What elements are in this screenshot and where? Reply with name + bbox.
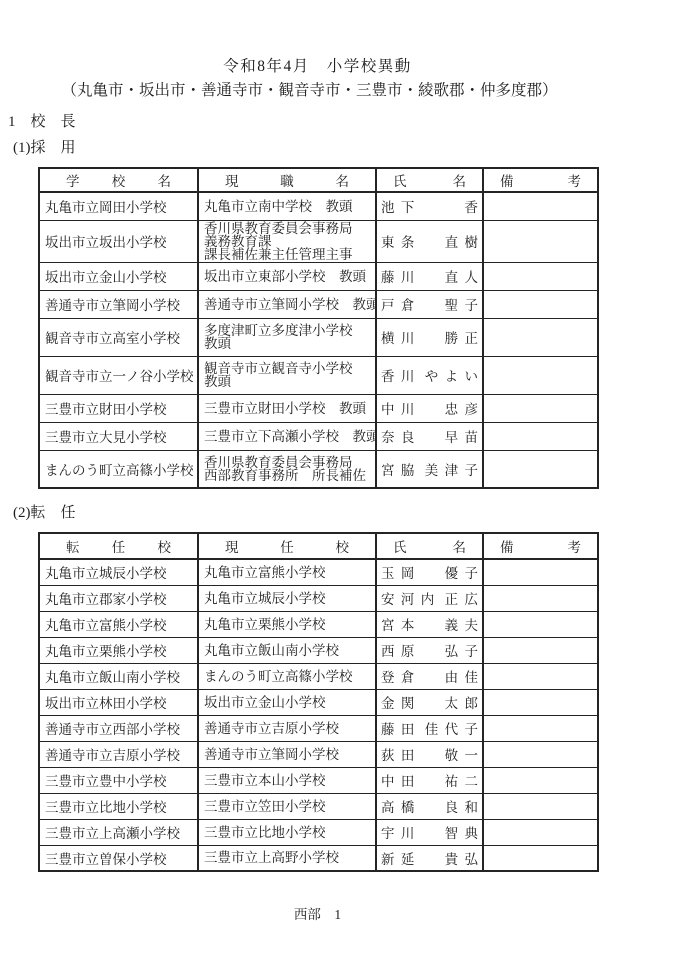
family-name: 宮 脇 xyxy=(381,459,414,479)
current-position-cell: 多度津町立多度津小学校教頭 xyxy=(198,318,376,356)
name-cell: 登 倉由 佳 xyxy=(376,663,483,689)
remarks-cell xyxy=(483,356,598,394)
remarks-cell xyxy=(483,689,598,715)
name-cell: 金 関太 郎 xyxy=(376,689,483,715)
family-name: 藤 川 xyxy=(381,266,414,286)
family-name: 横 川 xyxy=(381,327,414,347)
current-position-cell: 香川県教育委員会事務局西部教育事務所 所長補佐 xyxy=(198,450,376,488)
section-heading-principal: 1 校 長 xyxy=(8,113,680,132)
remarks-cell xyxy=(483,611,598,637)
table-row: 坂出市立坂出小学校香川県教育委員会事務局義務教育課課長補佐兼主任管理主事東 条直… xyxy=(39,220,598,262)
current-position-cell: 丸亀市立城辰小学校 xyxy=(198,585,376,611)
family-name: 登 倉 xyxy=(381,666,414,686)
current-position-cell: まんのう町立高篠小学校 xyxy=(198,663,376,689)
transfer-table: 転任校現任校氏名備考丸亀市立城辰小学校丸亀市立富熊小学校玉 岡優 子丸亀市立郡家… xyxy=(38,532,599,872)
school-name-cell: 坂出市立金山小学校 xyxy=(39,262,198,290)
remarks-cell xyxy=(483,394,598,422)
name-cell: 中 川忠 彦 xyxy=(376,394,483,422)
school-name-cell: 善通寺市立筆岡小学校 xyxy=(39,290,198,318)
current-position-cell: 三豊市立財田小学校 教頭 xyxy=(198,394,376,422)
current-position-cell: 善通寺市立筆岡小学校 xyxy=(198,741,376,767)
family-name: 藤 田 xyxy=(381,718,414,738)
school-name-cell: 三豊市立豊中小学校 xyxy=(39,767,198,793)
remarks-cell xyxy=(483,793,598,819)
table-row: 三豊市立財田小学校三豊市立財田小学校 教頭中 川忠 彦 xyxy=(39,394,598,422)
current-position-cell: 丸亀市立飯山南小学校 xyxy=(198,637,376,663)
given-name: 忠 彦 xyxy=(445,398,478,418)
school-name-cell: 善通寺市立西部小学校 xyxy=(39,715,198,741)
current-position-cell: 丸亀市立富熊小学校 xyxy=(198,559,376,585)
school-name-cell: 丸亀市立郡家小学校 xyxy=(39,585,198,611)
remarks-cell xyxy=(483,450,598,488)
current-position-cell: 観音寺市立観音寺小学校教頭 xyxy=(198,356,376,394)
current-position-cell: 善通寺市立吉原小学校 xyxy=(198,715,376,741)
current-position-cell: 坂出市立東部小学校 教頭 xyxy=(198,262,376,290)
remarks-cell xyxy=(483,290,598,318)
name-cell: 香 川や よ い xyxy=(376,356,483,394)
family-name: 西 原 xyxy=(381,640,414,660)
hiring-table: 学校名現職名氏名備考丸亀市立岡田小学校丸亀市立南中学校 教頭池 下香坂出市立坂出… xyxy=(38,167,599,489)
name-cell: 戸 倉聖 子 xyxy=(376,290,483,318)
remarks-cell xyxy=(483,559,598,585)
given-name: 早 苗 xyxy=(445,426,478,446)
table-header-row: 転任校現任校氏名備考 xyxy=(39,533,598,559)
given-name: 由 佳 xyxy=(445,666,478,686)
table-row: 観音寺市立一ノ谷小学校観音寺市立観音寺小学校教頭香 川や よ い xyxy=(39,356,598,394)
given-name: 敬 一 xyxy=(445,744,478,764)
current-position-cell: 三豊市立笠田小学校 xyxy=(198,793,376,819)
name-cell: 新 延貴 弘 xyxy=(376,845,483,871)
name-cell: 中 田祐 二 xyxy=(376,767,483,793)
table-header-row: 学校名現職名氏名備考 xyxy=(39,168,598,192)
column-header: 氏名 xyxy=(376,168,483,192)
remarks-cell xyxy=(483,585,598,611)
family-name: 玉 岡 xyxy=(381,562,414,582)
given-name: 正 広 xyxy=(445,588,478,608)
current-position-cell: 三豊市立比地小学校 xyxy=(198,819,376,845)
given-name: 義 夫 xyxy=(445,614,478,634)
given-name: 優 子 xyxy=(445,562,478,582)
name-cell: 横 川勝 正 xyxy=(376,318,483,356)
table-row: 三豊市立豊中小学校三豊市立本山小学校中 田祐 二 xyxy=(39,767,598,793)
school-name-cell: 丸亀市立岡田小学校 xyxy=(39,192,198,220)
current-position-cell: 丸亀市立南中学校 教頭 xyxy=(198,192,376,220)
family-name: 中 川 xyxy=(381,398,414,418)
current-position-cell: 三豊市立下高瀬小学校 教頭 xyxy=(198,422,376,450)
page-footer: 西部 1 xyxy=(38,906,597,924)
school-name-cell: 三豊市立財田小学校 xyxy=(39,394,198,422)
table-row: 善通寺市立筆岡小学校善通寺市立筆岡小学校 教頭戸 倉聖 子 xyxy=(39,290,598,318)
remarks-cell xyxy=(483,262,598,290)
document-page: 令和8年4月 小学校異動 （丸亀市・坂出市・善通寺市・観音寺市・三豊市・綾歌郡・… xyxy=(0,0,680,961)
given-name: 祐 二 xyxy=(445,770,478,790)
table-row: 丸亀市立岡田小学校丸亀市立南中学校 教頭池 下香 xyxy=(39,192,598,220)
column-header: 氏名 xyxy=(376,533,483,559)
name-cell: 池 下香 xyxy=(376,192,483,220)
table-row: 丸亀市立飯山南小学校まんのう町立高篠小学校登 倉由 佳 xyxy=(39,663,598,689)
table-row: 三豊市立大見小学校三豊市立下高瀬小学校 教頭奈 良早 苗 xyxy=(39,422,598,450)
name-cell: 宮 本義 夫 xyxy=(376,611,483,637)
column-header: 備考 xyxy=(483,533,598,559)
remarks-cell xyxy=(483,220,598,262)
family-name: 宮 本 xyxy=(381,614,414,634)
subsection-heading-hiring: (1)採 用 xyxy=(13,139,680,158)
column-header: 学校名 xyxy=(39,168,198,192)
name-cell: 玉 岡優 子 xyxy=(376,559,483,585)
table-row: 丸亀市立城辰小学校丸亀市立富熊小学校玉 岡優 子 xyxy=(39,559,598,585)
family-name: 高 橋 xyxy=(381,796,414,816)
column-header: 備考 xyxy=(483,168,598,192)
given-name: 美 津 子 xyxy=(425,459,478,479)
given-name: 良 和 xyxy=(445,796,478,816)
remarks-cell xyxy=(483,845,598,871)
name-cell: 安 河 内正 広 xyxy=(376,585,483,611)
table-row: 三豊市立曽保小学校三豊市立上高野小学校新 延貴 弘 xyxy=(39,845,598,871)
remarks-cell xyxy=(483,663,598,689)
column-header: 現職名 xyxy=(198,168,376,192)
family-name: 奈 良 xyxy=(381,426,414,446)
page-title: 令和8年4月 小学校異動 xyxy=(38,57,597,77)
family-name: 金 関 xyxy=(381,692,414,712)
family-name: 東 条 xyxy=(381,231,414,251)
current-position-cell: 三豊市立上高野小学校 xyxy=(198,845,376,871)
current-position-cell: 香川県教育委員会事務局義務教育課課長補佐兼主任管理主事 xyxy=(198,220,376,262)
remarks-cell xyxy=(483,192,598,220)
current-position-cell: 善通寺市立筆岡小学校 教頭 xyxy=(198,290,376,318)
given-name: 直 人 xyxy=(445,266,478,286)
table-row: 観音寺市立高室小学校多度津町立多度津小学校教頭横 川勝 正 xyxy=(39,318,598,356)
given-name: 直 樹 xyxy=(445,231,478,251)
remarks-cell xyxy=(483,715,598,741)
school-name-cell: 観音寺市立一ノ谷小学校 xyxy=(39,356,198,394)
remarks-cell xyxy=(483,819,598,845)
school-name-cell: 三豊市立比地小学校 xyxy=(39,793,198,819)
table-row: 丸亀市立栗熊小学校丸亀市立飯山南小学校西 原弘 子 xyxy=(39,637,598,663)
school-name-cell: 坂出市立林田小学校 xyxy=(39,689,198,715)
school-name-cell: 観音寺市立高室小学校 xyxy=(39,318,198,356)
column-header: 現任校 xyxy=(198,533,376,559)
name-cell: 藤 川直 人 xyxy=(376,262,483,290)
school-name-cell: 丸亀市立栗熊小学校 xyxy=(39,637,198,663)
remarks-cell xyxy=(483,318,598,356)
name-cell: 荻 田敬 一 xyxy=(376,741,483,767)
given-name: 勝 正 xyxy=(445,327,478,347)
table-row: 丸亀市立郡家小学校丸亀市立城辰小学校安 河 内正 広 xyxy=(39,585,598,611)
family-name: 安 河 内 xyxy=(381,588,434,608)
current-position-cell: 丸亀市立栗熊小学校 xyxy=(198,611,376,637)
given-name: 貴 弘 xyxy=(445,848,478,868)
family-name: 香 川 xyxy=(381,365,414,385)
current-position-cell: 三豊市立本山小学校 xyxy=(198,767,376,793)
remarks-cell xyxy=(483,741,598,767)
name-cell: 西 原弘 子 xyxy=(376,637,483,663)
name-cell: 奈 良早 苗 xyxy=(376,422,483,450)
table-row: 坂出市立林田小学校坂出市立金山小学校金 関太 郎 xyxy=(39,689,598,715)
table-row: 丸亀市立富熊小学校丸亀市立栗熊小学校宮 本義 夫 xyxy=(39,611,598,637)
school-name-cell: 善通寺市立吉原小学校 xyxy=(39,741,198,767)
table-row: 善通寺市立西部小学校善通寺市立吉原小学校藤 田佳 代 子 xyxy=(39,715,598,741)
family-name: 宇 川 xyxy=(381,822,414,842)
page-subtitle: （丸亀市・坂出市・善通寺市・観音寺市・三豊市・綾歌郡・仲多度郡） xyxy=(30,81,589,101)
school-name-cell: 丸亀市立城辰小学校 xyxy=(39,559,198,585)
family-name: 中 田 xyxy=(381,770,414,790)
table-row: 三豊市立比地小学校三豊市立笠田小学校高 橋良 和 xyxy=(39,793,598,819)
remarks-cell xyxy=(483,637,598,663)
table-row: まんのう町立高篠小学校香川県教育委員会事務局西部教育事務所 所長補佐宮 脇美 津… xyxy=(39,450,598,488)
column-header: 転任校 xyxy=(39,533,198,559)
name-cell: 宮 脇美 津 子 xyxy=(376,450,483,488)
given-name: 弘 子 xyxy=(445,640,478,660)
given-name: や よ い xyxy=(425,365,478,385)
name-cell: 高 橋良 和 xyxy=(376,793,483,819)
school-name-cell: 三豊市立上高瀬小学校 xyxy=(39,819,198,845)
name-cell: 藤 田佳 代 子 xyxy=(376,715,483,741)
given-name: 太 郎 xyxy=(445,692,478,712)
school-name-cell: 三豊市立大見小学校 xyxy=(39,422,198,450)
school-name-cell: 丸亀市立富熊小学校 xyxy=(39,611,198,637)
school-name-cell: まんのう町立高篠小学校 xyxy=(39,450,198,488)
school-name-cell: 坂出市立坂出小学校 xyxy=(39,220,198,262)
remarks-cell xyxy=(483,767,598,793)
name-cell: 東 条直 樹 xyxy=(376,220,483,262)
school-name-cell: 三豊市立曽保小学校 xyxy=(39,845,198,871)
given-name: 聖 子 xyxy=(445,294,478,314)
remarks-cell xyxy=(483,422,598,450)
name-cell: 宇 川智 典 xyxy=(376,819,483,845)
family-name: 池 下 xyxy=(381,196,414,216)
family-name: 戸 倉 xyxy=(381,294,414,314)
given-name: 香 xyxy=(465,196,479,216)
family-name: 新 延 xyxy=(381,848,414,868)
table-row: 三豊市立上高瀬小学校三豊市立比地小学校宇 川智 典 xyxy=(39,819,598,845)
current-position-cell: 坂出市立金山小学校 xyxy=(198,689,376,715)
given-name: 智 典 xyxy=(445,822,478,842)
table-row: 善通寺市立吉原小学校善通寺市立筆岡小学校荻 田敬 一 xyxy=(39,741,598,767)
family-name: 荻 田 xyxy=(381,744,414,764)
subsection-heading-transfer: (2)転 任 xyxy=(13,504,680,523)
given-name: 佳 代 子 xyxy=(425,718,478,738)
table-row: 坂出市立金山小学校坂出市立東部小学校 教頭藤 川直 人 xyxy=(39,262,598,290)
school-name-cell: 丸亀市立飯山南小学校 xyxy=(39,663,198,689)
